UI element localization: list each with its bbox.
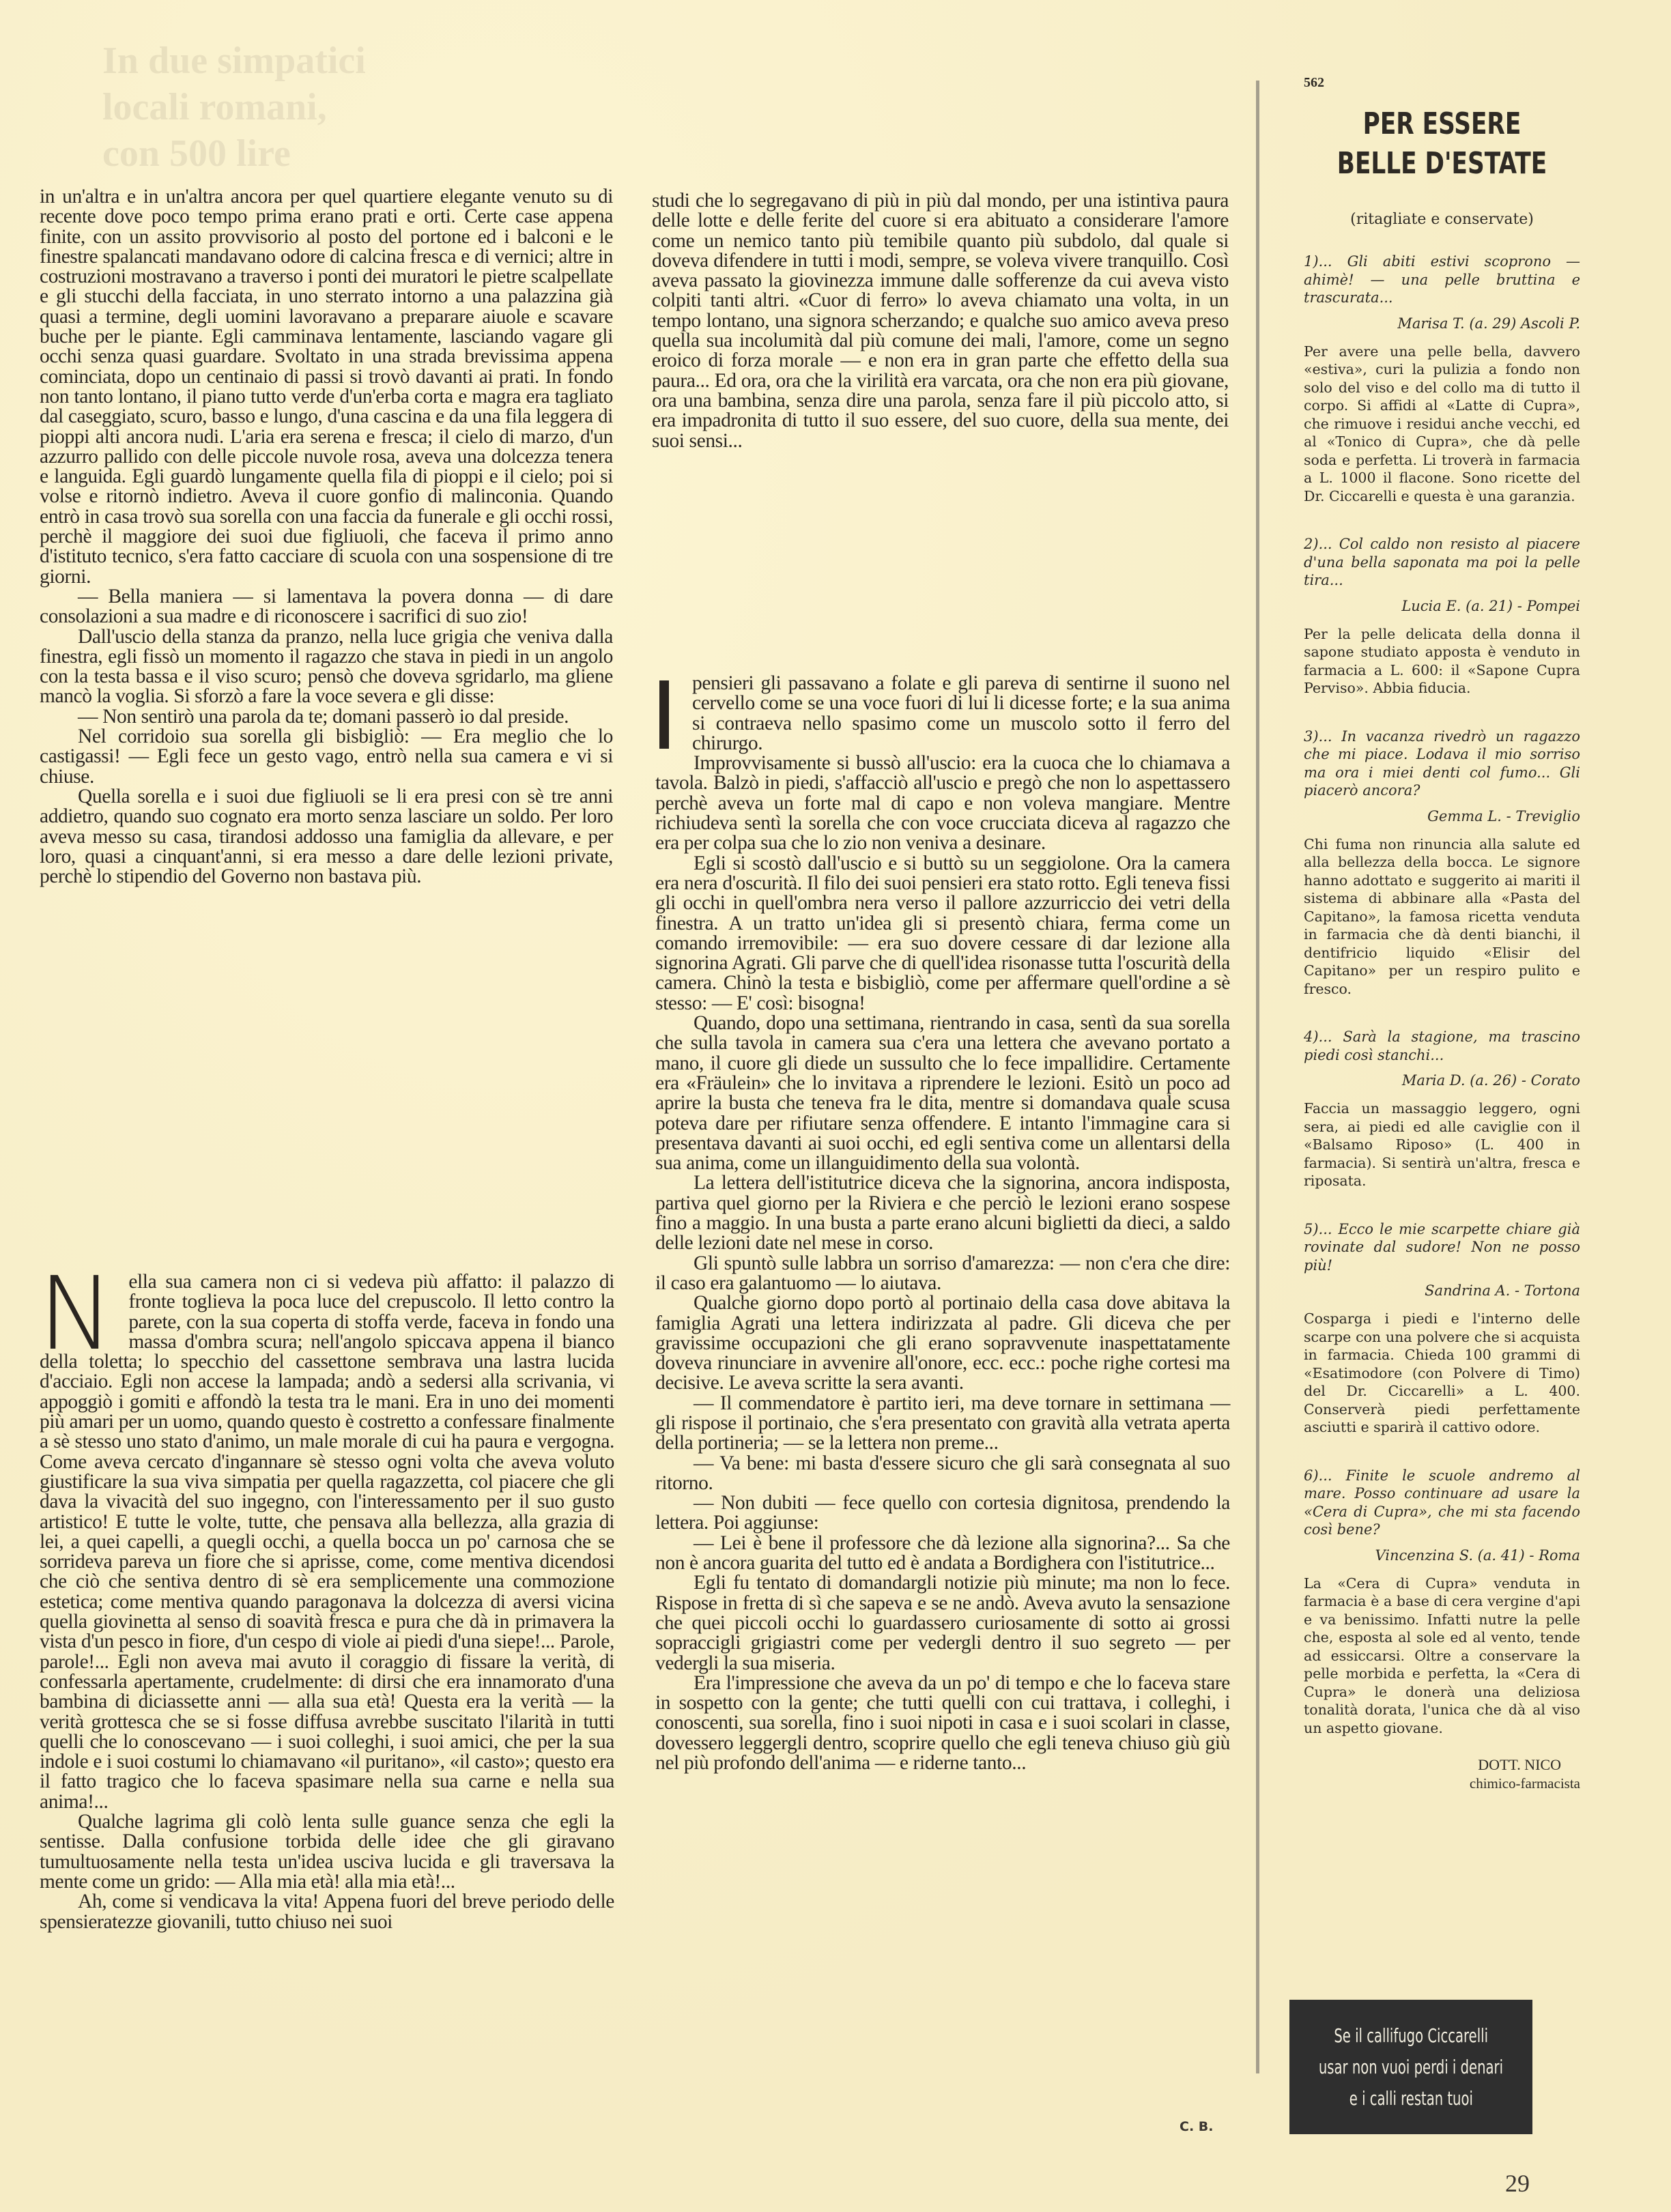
reader-question: 1)... Gli abiti estivi scoprono — ahimè!… — [1304, 253, 1580, 307]
drop-cap-letter: N — [38, 1276, 113, 1351]
callifugo-advertisement: Se il callifugo Ciccarelli usar non vuoi… — [1289, 2000, 1532, 2134]
story-paragraph: — Va bene: mi basta d'essere sicuro che … — [655, 1454, 1230, 1494]
story-column-middle-bottom: pensieri gli passavano a folate e gli pa… — [655, 674, 1230, 1773]
expert-answer: La «Cera di Cupra» venduta in farmacia è… — [1304, 1575, 1580, 1738]
reader-question: 4)... Sarà la stagione, ma trascino pied… — [1304, 1028, 1580, 1064]
story-paragraph: studi che lo segregavano di più in più d… — [652, 191, 1229, 451]
story-paragraph: La lettera dell'istitutrice diceva che l… — [655, 1173, 1230, 1253]
page-number-bottom: 29 — [1505, 2169, 1530, 2198]
story-paragraph: — Il commendatore è partito ieri, ma dev… — [655, 1394, 1230, 1454]
story-paragraph: — Non dubiti — fece quello con cortesia … — [655, 1493, 1230, 1534]
advice-item: 4)... Sarà la stagione, ma trascino pied… — [1304, 1028, 1580, 1190]
story-paragraph: Improvvisamente si bussò all'uscio: era … — [655, 753, 1230, 853]
story-column-left-bottom: N ella sua camera non ci si vedeva più a… — [40, 1272, 614, 1932]
reader-signature: Maria D. (a. 26) - Corato — [1304, 1072, 1580, 1089]
story-paragraph: Quando, dopo una settimana, rientrando i… — [655, 1014, 1230, 1173]
story-paragraph: Egli fu tentato di domandargli notizie p… — [655, 1573, 1230, 1673]
story-paragraph: Quella sorella e i suoi due figliuoli se… — [40, 787, 613, 887]
reader-question: 2)... Col caldo non resisto al piacere d… — [1304, 535, 1580, 590]
story-paragraph: Egli si scostò dall'uscio e si buttò su … — [655, 854, 1230, 1014]
reader-signature: Gemma L. - Treviglio — [1304, 808, 1580, 824]
story-column-middle-top: studi che lo segregavano di più in più d… — [652, 191, 1229, 451]
drop-cap-i-bar — [659, 680, 669, 749]
reader-signature: Sandrina A. - Tortona — [1304, 1282, 1580, 1299]
reader-signature: Marisa T. (a. 29) Ascoli P. — [1304, 315, 1580, 332]
ad-line: Se il callifugo Ciccarelli — [1334, 2020, 1488, 2052]
ghost-line: In due simpatici — [102, 38, 457, 84]
sidebar-subtitle: (ritagliate e conservate) — [1304, 211, 1580, 228]
ghost-line: con 500 lire — [102, 130, 457, 177]
story-author-initials: C. B. — [1180, 2119, 1213, 2134]
page-number-top: 562 — [1304, 75, 1580, 91]
advice-item: 5)... Ecco le mie scarpette chiare già r… — [1304, 1220, 1580, 1437]
story-paragraph: ella sua camera non ci si vedeva più aff… — [40, 1272, 614, 1812]
reader-question: 5)... Ecco le mie scarpette chiare già r… — [1304, 1220, 1580, 1275]
story-paragraph: Dall'uscio della stanza da pranzo, nella… — [40, 627, 613, 707]
expert-answer: Per avere una pelle bella, davvero «esti… — [1304, 343, 1580, 506]
advisor-name: DOTT. NICO — [1304, 1756, 1561, 1774]
expert-answer: Per la pelle delicata della donna il sap… — [1304, 625, 1580, 698]
sidebar-title-line: BELLE D'ESTATE — [1302, 144, 1582, 184]
expert-answer: Chi fuma non rinuncia alla salute ed all… — [1304, 835, 1580, 999]
story-paragraph: Qualche giorno dopo portò al portinaio d… — [655, 1293, 1230, 1393]
ghost-line: locali romani, — [102, 84, 457, 130]
reader-question: 3)... In vacanza rivedrò un ragazzo che … — [1304, 728, 1580, 800]
sidebar-title: PER ESSERE BELLE D'ESTATE — [1302, 104, 1582, 184]
ad-line: usar non vuoi perdi i denari — [1319, 2052, 1503, 2083]
story-paragraph: pensieri gli passavano a folate e gli pa… — [655, 674, 1230, 753]
advice-item: 1)... Gli abiti estivi scoprono — ahimè!… — [1304, 253, 1580, 505]
beauty-advice-sidebar: 562 PER ESSERE BELLE D'ESTATE (ritagliat… — [1304, 75, 1580, 1792]
story-paragraph: Era l'impressione che aveva da un po' di… — [655, 1674, 1230, 1773]
advice-item: 2)... Col caldo non resisto al piacere d… — [1304, 535, 1580, 698]
story-column-left-top: in un'altra e in un'altra ancora per que… — [40, 187, 613, 887]
bleed-through-headline: In due simpatici locali romani, con 500 … — [102, 38, 457, 177]
story-paragraph: Gli spuntò sulle labbra un sorriso d'ama… — [655, 1254, 1230, 1294]
reader-signature: Lucia E. (a. 21) - Pompei — [1304, 598, 1580, 614]
story-paragraph: Qualche lagrima gli colò lenta sulle gua… — [40, 1812, 614, 1892]
column-divider-rule — [1256, 81, 1259, 2073]
reader-question: 6)... Finite le scuole andremo al mare. … — [1304, 1467, 1580, 1539]
story-paragraph: Ah, come si vendicava la vita! Appena fu… — [40, 1892, 614, 1932]
expert-answer: Faccia un massaggio leggero, ogni sera, … — [1304, 1100, 1580, 1190]
story-paragraph: — Non sentirò una parola da te; domani p… — [40, 707, 613, 727]
advice-item: 3)... In vacanza rivedrò un ragazzo che … — [1304, 728, 1580, 999]
ad-line: e i calli restan tuoi — [1349, 2083, 1472, 2114]
story-paragraph: Nel corridoio sua sorella gli bisbigliò:… — [40, 727, 613, 787]
story-paragraph: — Lei è bene il professore che dà lezion… — [655, 1534, 1230, 1574]
reader-signature: Vincenzina S. (a. 41) - Roma — [1304, 1547, 1580, 1564]
expert-answer: Cosparga i piedi e l'interno delle scarp… — [1304, 1310, 1580, 1437]
story-paragraph: in un'altra e in un'altra ancora per que… — [40, 187, 613, 587]
advice-item: 6)... Finite le scuole andremo al mare. … — [1304, 1467, 1580, 1738]
sidebar-title-line: PER ESSERE — [1302, 104, 1582, 144]
advisor-role: chimico-farmacista — [1304, 1775, 1580, 1792]
story-paragraph: — Bella maniera — si lamentava la povera… — [40, 587, 613, 627]
